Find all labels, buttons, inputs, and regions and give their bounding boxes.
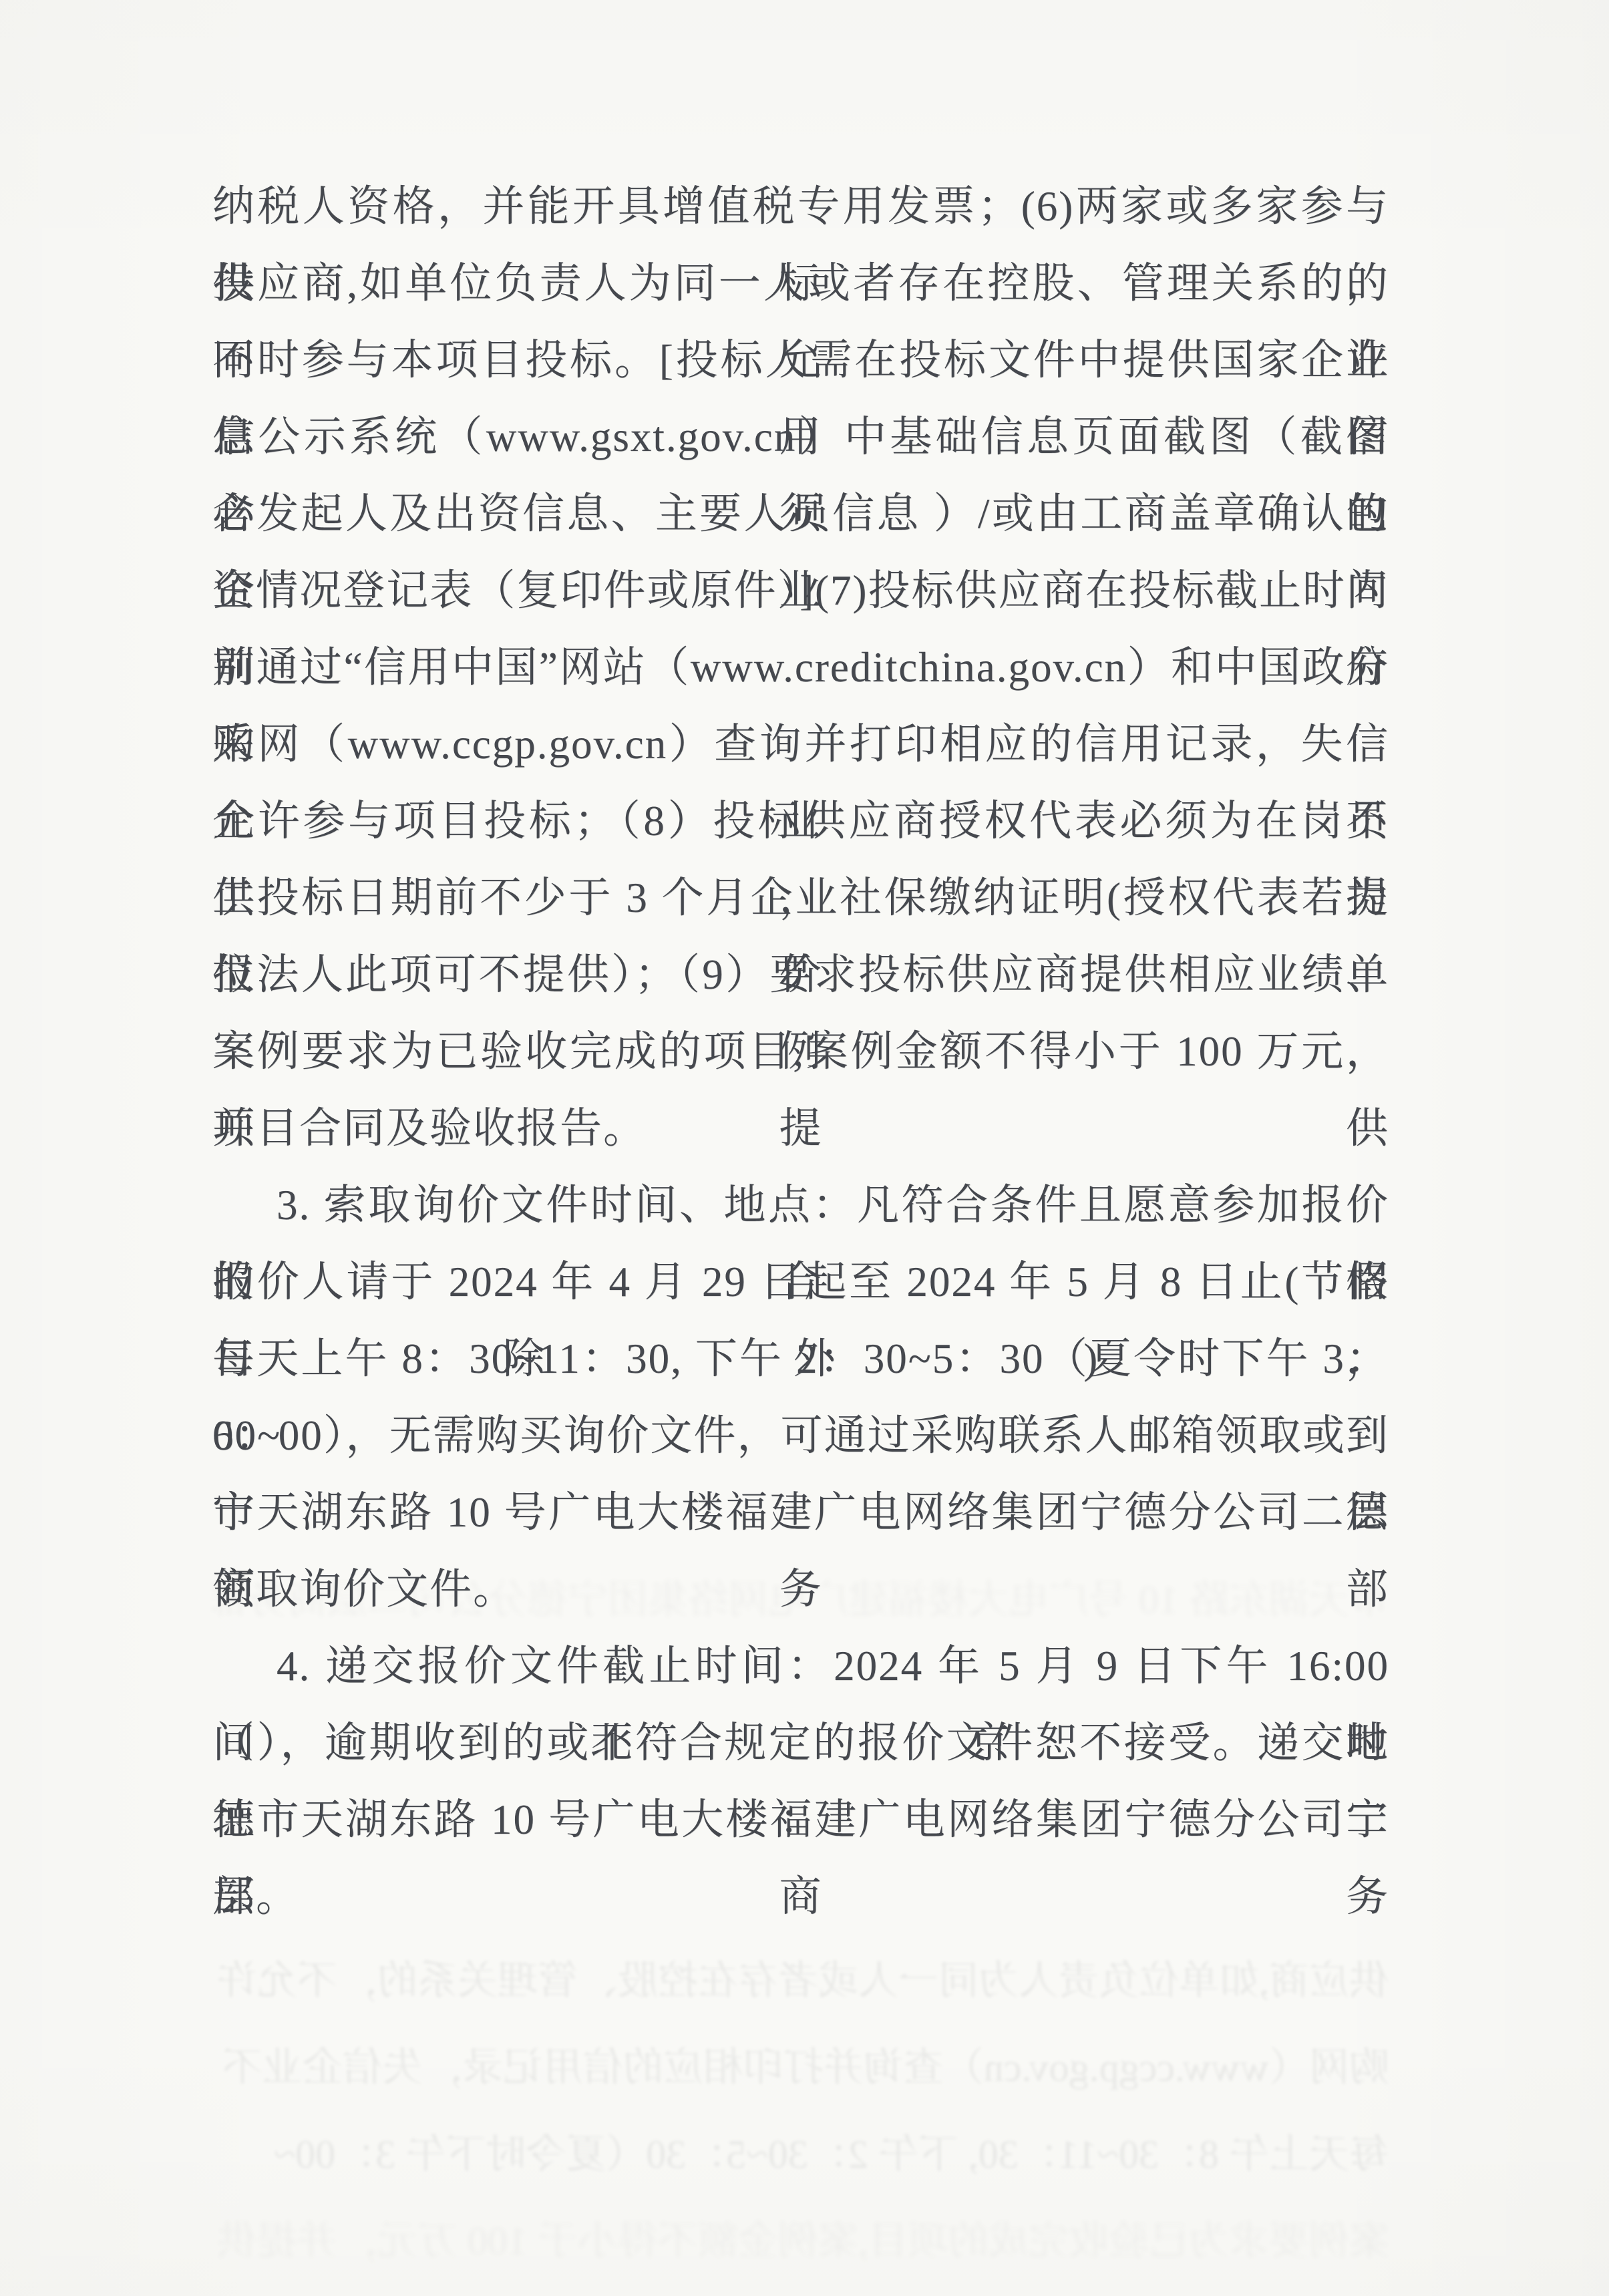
text-line: 每天上午 8：30~11：30, 下午 2：30~5：30（夏令时下午 3：00…: [212, 1321, 1389, 1398]
text-line: 供应商,如单位负责人为同一人或者存在控股、管理关系的，不允许: [212, 245, 1389, 322]
text-line: 间），逾期收到的或不符合规定的报价文件恕不接受。递交地址：宁: [212, 1705, 1389, 1782]
text-line: 6：00），无需购买询价文件，可通过采购联系人邮箱领取或到宁德: [212, 1398, 1389, 1474]
text-line: 4. 递交报价文件截止时间：2024 年 5 月 9 日下午 16:00（北京时: [212, 1628, 1389, 1705]
text-line: 德市天湖东路 10 号广电大楼福建广电网络集团宁德分公司二层商务: [212, 1782, 1389, 1858]
text-line: 报价人请于 2024 年 4 月 29 日起至 2024 年 5 月 8 日止(…: [212, 1244, 1389, 1321]
text-line: 息公示系统（www.gsxt.gov.cn）中基础信息页面截图（截图必须包: [212, 399, 1389, 476]
text-line: 含发起人及出资信息、主要人员信息 ）/或由工商盖章确认的企业内: [212, 476, 1389, 552]
text-line: 允许参与项目投标；（8）投标供应商授权代表必须为在岗员工，提: [212, 783, 1389, 860]
text-line: 3. 索取询价文件时间、地点：凡符合条件且愿意参加报价的合格: [212, 1167, 1389, 1244]
text-line: 资情况登记表（复印件或原件）](7)投标供应商在投标截止时间前分: [212, 552, 1389, 629]
text-line: 别通过“信用中国”网站（www.creditchina.gov.cn）和中国政府…: [212, 629, 1389, 706]
text-line: 同时参与本项目投标。[投标人需在投标文件中提供国家企业信用信: [212, 322, 1389, 399]
scanned-page: 纳税人资格，并能开具增值税专用发票；(6)两家或多家参与投标的 供应商,如单位负…: [0, 0, 1609, 2296]
text-line: 供投标日期前不少于 3 个月企业社保缴纳证明(授权代表若为报价单: [212, 860, 1389, 937]
text-line: 案例要求为已验收完成的项目,案例金额不得小于 100 万元，并提供: [212, 1013, 1389, 1090]
document-text-block: 纳税人资格，并能开具增值税专用发票；(6)两家或多家参与投标的 供应商,如单位负…: [212, 168, 1389, 1935]
bleed-through-text: 供应商,如单位负责人为同一人或者存在控股、管理关系的，不允许: [212, 1957, 1389, 2004]
text-line: 购网（www.ccgp.gov.cn）查询并打印相应的信用记录，失信企业不: [212, 706, 1389, 783]
text-line: 位法人此项可不提供）；（9）要求投标供应商提供相应业绩、案例，: [212, 937, 1389, 1013]
bleed-through-text: 每天上午 8：30~11：30, 下午 2：30~5：30（夏令时下午 3：00…: [212, 2131, 1389, 2178]
bleed-through-text: 购网（www.ccgp.gov.cn）查询并打印相应的信用记录，失信企业不: [212, 2044, 1389, 2091]
bleed-through-text: 案例要求为已验收完成的项目,案例金额不得小于 100 万元，并提供: [212, 2218, 1389, 2265]
text-line: 市天湖东路 10 号广电大楼福建广电网络集团宁德分公司二层商务部: [212, 1474, 1389, 1551]
text-line: 纳税人资格，并能开具增值税专用发票；(6)两家或多家参与投标的: [212, 168, 1389, 245]
